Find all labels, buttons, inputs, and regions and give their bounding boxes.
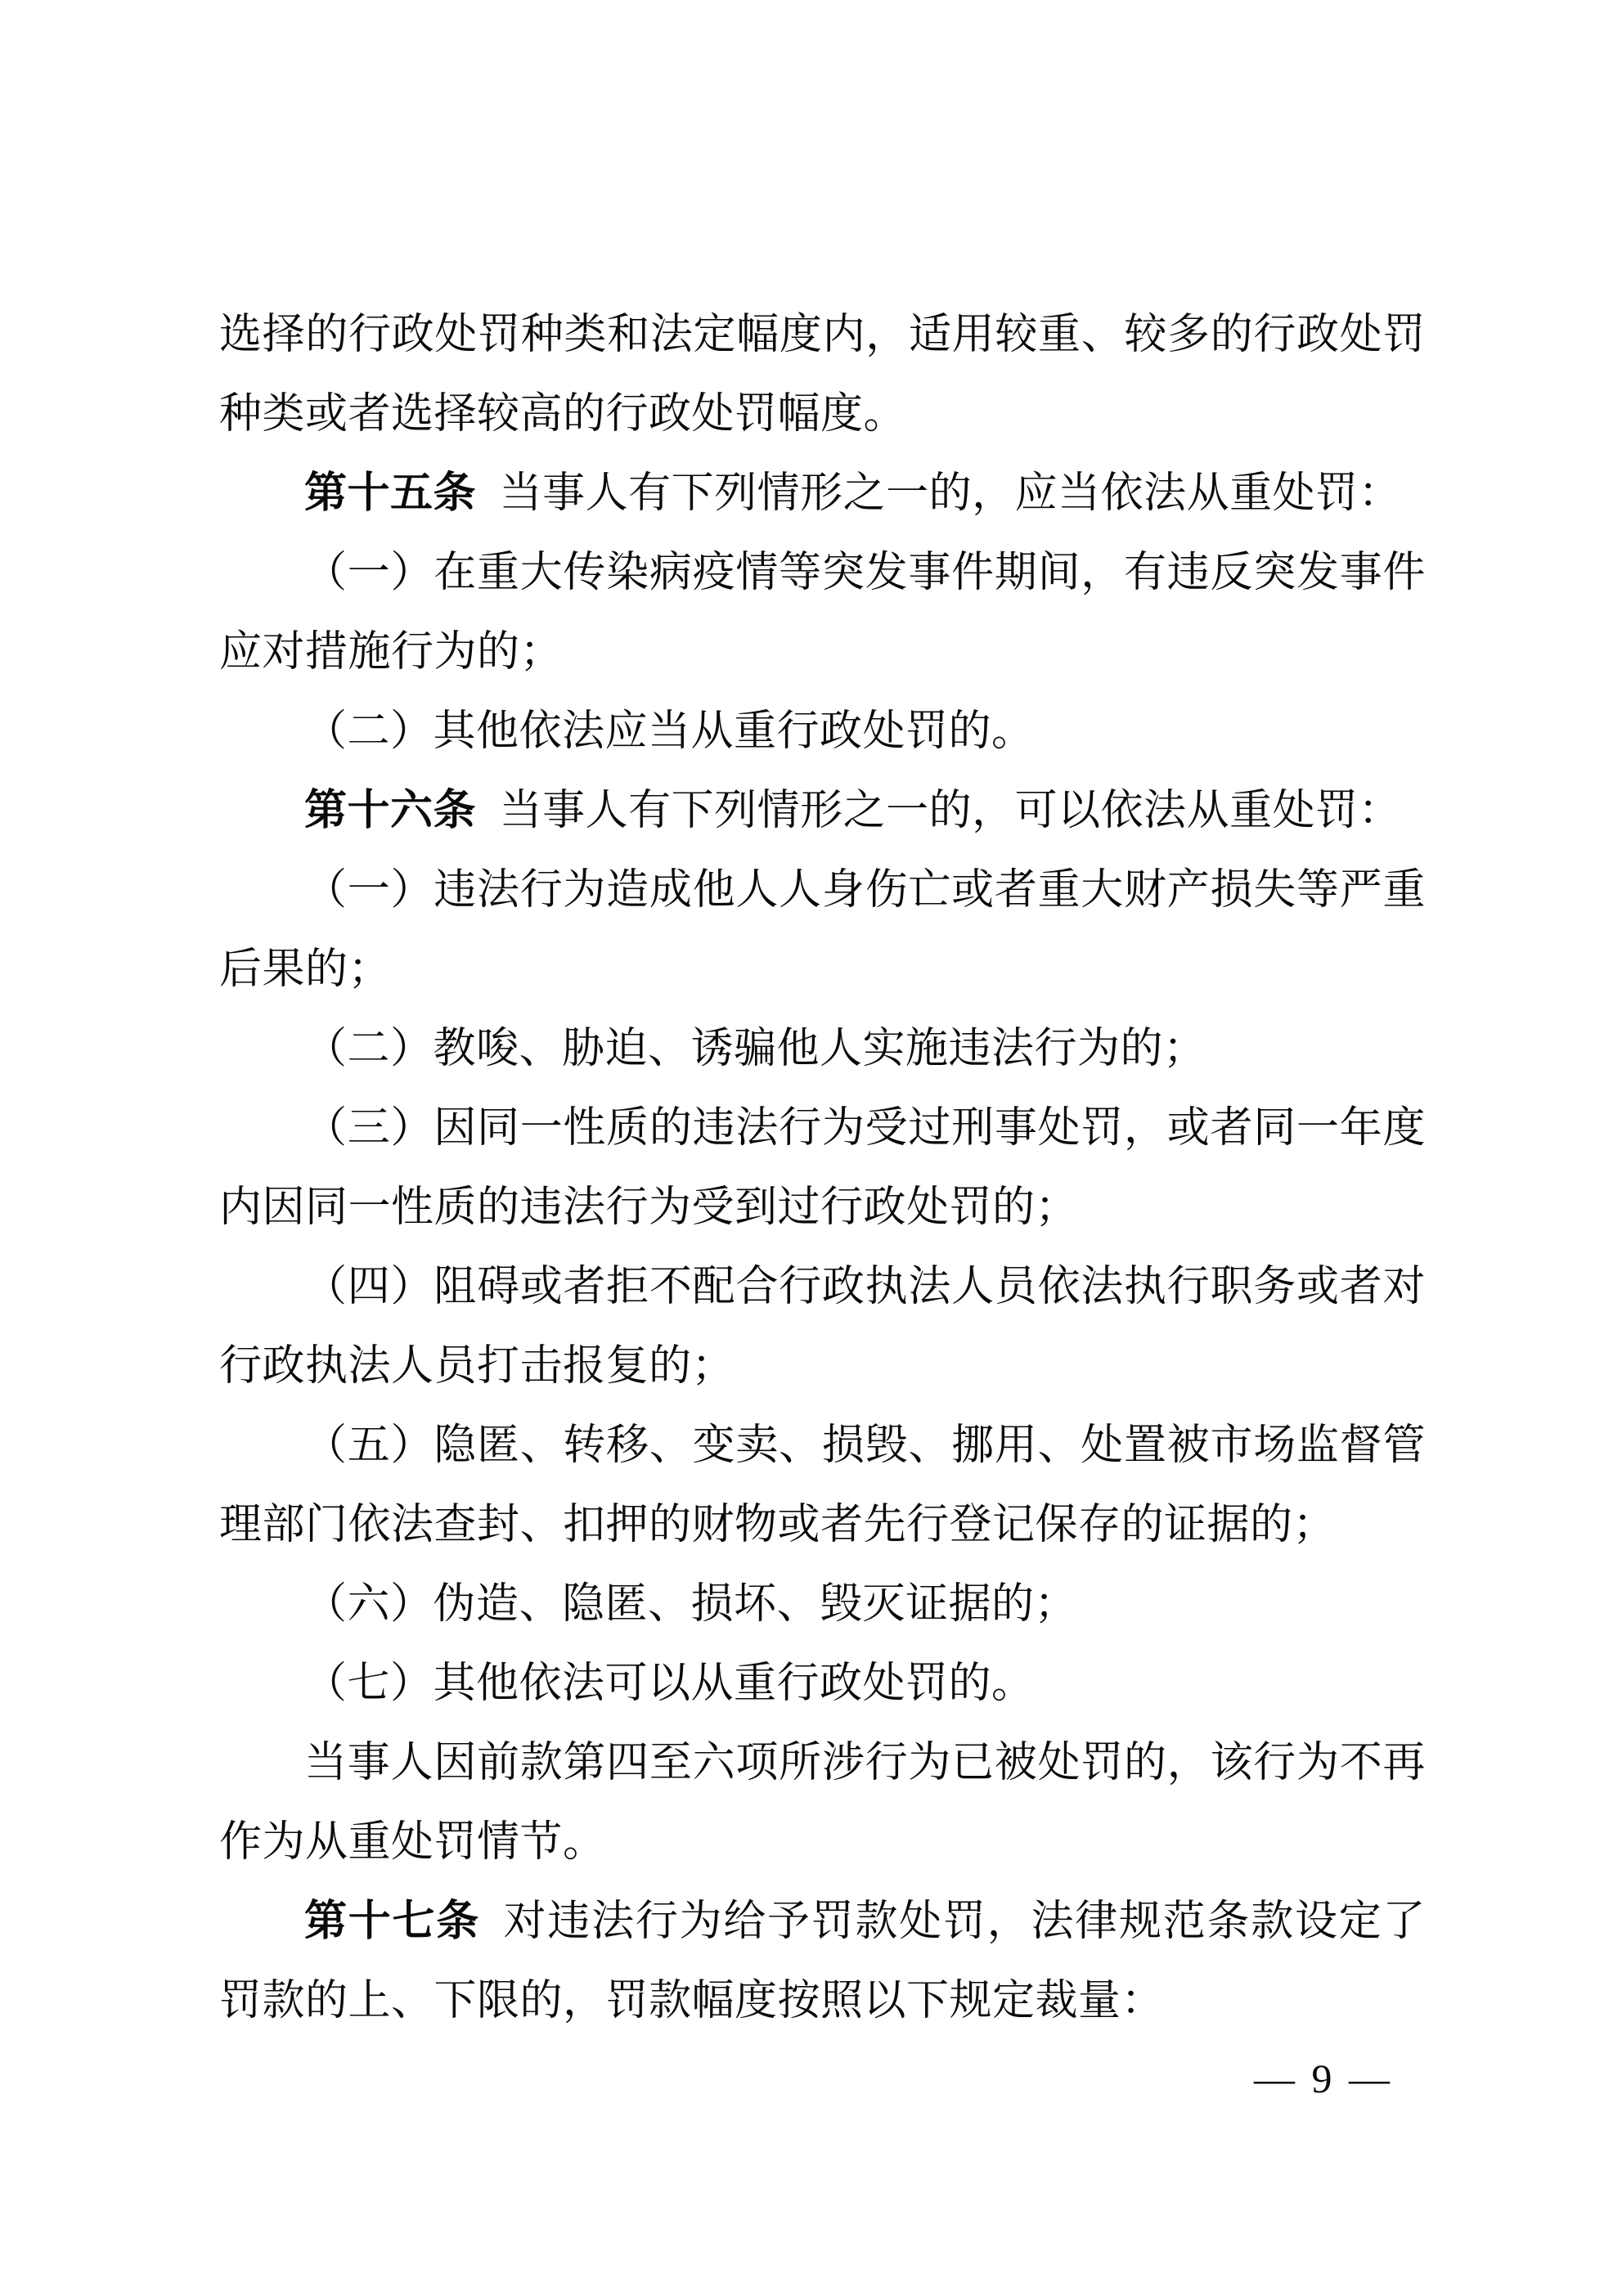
line-text: 当事人有下列情形之一的，应当依法从重处罚： (500, 470, 1402, 517)
page-number: — 9 — (1254, 2055, 1393, 2102)
text-line: （二）教唆、胁迫、诱骗他人实施违法行为的； (219, 1009, 1426, 1089)
line-text: 罚款的上、下限的，罚款幅度按照以下规定裁量： (219, 1978, 1164, 2024)
text-line: （一）违法行为造成他人人身伤亡或者重大财产损失等严重 (219, 851, 1426, 930)
line-text: （二）教唆、胁迫、诱骗他人实施违法行为的； (304, 1026, 1206, 1072)
line-text: 选择的行政处罚种类和法定幅度内，适用较重、较多的行政处罚 (219, 312, 1426, 358)
text-line-article-17: 第十七条对违法行为给予罚款处罚，法律规范条款设定了 (219, 1882, 1426, 1961)
document-body: 选择的行政处罚种类和法定幅度内，适用较重、较多的行政处罚 种类或者选择较高的行政… (219, 295, 1426, 2041)
text-line: 作为从重处罚情节。 (219, 1803, 1426, 1882)
line-text: （二）其他依法应当从重行政处罚的。 (304, 708, 1035, 755)
text-line: 当事人因前款第四至六项所涉行为已被处罚的，该行为不再 (219, 1723, 1426, 1803)
text-line: 后果的； (219, 930, 1426, 1009)
text-line: （二）其他依法应当从重行政处罚的。 (219, 692, 1426, 771)
line-text: 作为从重处罚情节。 (219, 1819, 606, 1866)
line-text: 后果的； (219, 946, 391, 993)
text-line: 选择的行政处罚种类和法定幅度内，适用较重、较多的行政处罚 (219, 295, 1426, 375)
line-text: （五）隐匿、转移、变卖、损毁、挪用、处置被市场监督管 (304, 1422, 1426, 1469)
line-text: 对违法行为给予罚款处罚，法律规范条款设定了 (504, 1898, 1426, 1945)
article-17-term: 第十七条 (304, 1898, 480, 1945)
text-line: 理部门依法查封、扣押的财物或者先行登记保存的证据的； (219, 1485, 1426, 1565)
line-text: 理部门依法查封、扣押的财物或者先行登记保存的证据的； (219, 1502, 1336, 1548)
line-text: （一）违法行为造成他人人身伤亡或者重大财产损失等严重 (304, 867, 1426, 914)
text-line: （七）其他依法可以从重行政处罚的。 (219, 1644, 1426, 1723)
line-text: 内因同一性质的违法行为受到过行政处罚的； (219, 1184, 1078, 1231)
text-line: 应对措施行为的； (219, 613, 1426, 692)
line-text: （三）因同一性质的违法行为受过刑事处罚，或者同一年度 (304, 1105, 1426, 1152)
text-line: （五）隐匿、转移、变卖、损毁、挪用、处置被市场监督管 (219, 1406, 1426, 1485)
text-line: （四）阻碍或者拒不配合行政执法人员依法执行职务或者对 (219, 1247, 1426, 1327)
line-text: （七）其他依法可以从重行政处罚的。 (304, 1660, 1035, 1707)
text-line: （六）伪造、隐匿、损坏、毁灭证据的； (219, 1565, 1426, 1644)
text-line: （一）在重大传染病疫情等突发事件期间，有违反突发事件 (219, 533, 1426, 613)
text-line-article-16: 第十六条当事人有下列情形之一的，可以依法从重处罚： (219, 771, 1426, 851)
line-text: （六）伪造、隐匿、损坏、毁灭证据的； (304, 1581, 1077, 1628)
line-text: （四）阻碍或者拒不配合行政执法人员依法执行职务或者对 (304, 1264, 1426, 1310)
line-text: 行政执法人员打击报复的； (219, 1343, 735, 1390)
line-text: 当事人有下列情形之一的，可以依法从重处罚： (500, 788, 1402, 834)
line-text: 应对措施行为的； (219, 629, 563, 676)
line-text: （一）在重大传染病疫情等突发事件期间，有违反突发事件 (304, 550, 1426, 596)
text-line-article-15: 第十五条当事人有下列情形之一的，应当依法从重处罚： (219, 454, 1426, 533)
text-line: 罚款的上、下限的，罚款幅度按照以下规定裁量： (219, 1961, 1426, 2041)
line-text: 当事人因前款第四至六项所涉行为已被处罚的，该行为不再 (304, 1740, 1426, 1786)
article-16-term: 第十六条 (304, 787, 476, 834)
article-15-term: 第十五条 (304, 470, 476, 517)
line-text: 种类或者选择较高的行政处罚幅度。 (219, 391, 906, 438)
text-line: 内因同一性质的违法行为受到过行政处罚的； (219, 1168, 1426, 1247)
text-line: （三）因同一性质的违法行为受过刑事处罚，或者同一年度 (219, 1089, 1426, 1168)
text-line: 种类或者选择较高的行政处罚幅度。 (219, 375, 1426, 454)
text-line: 行政执法人员打击报复的； (219, 1327, 1426, 1406)
